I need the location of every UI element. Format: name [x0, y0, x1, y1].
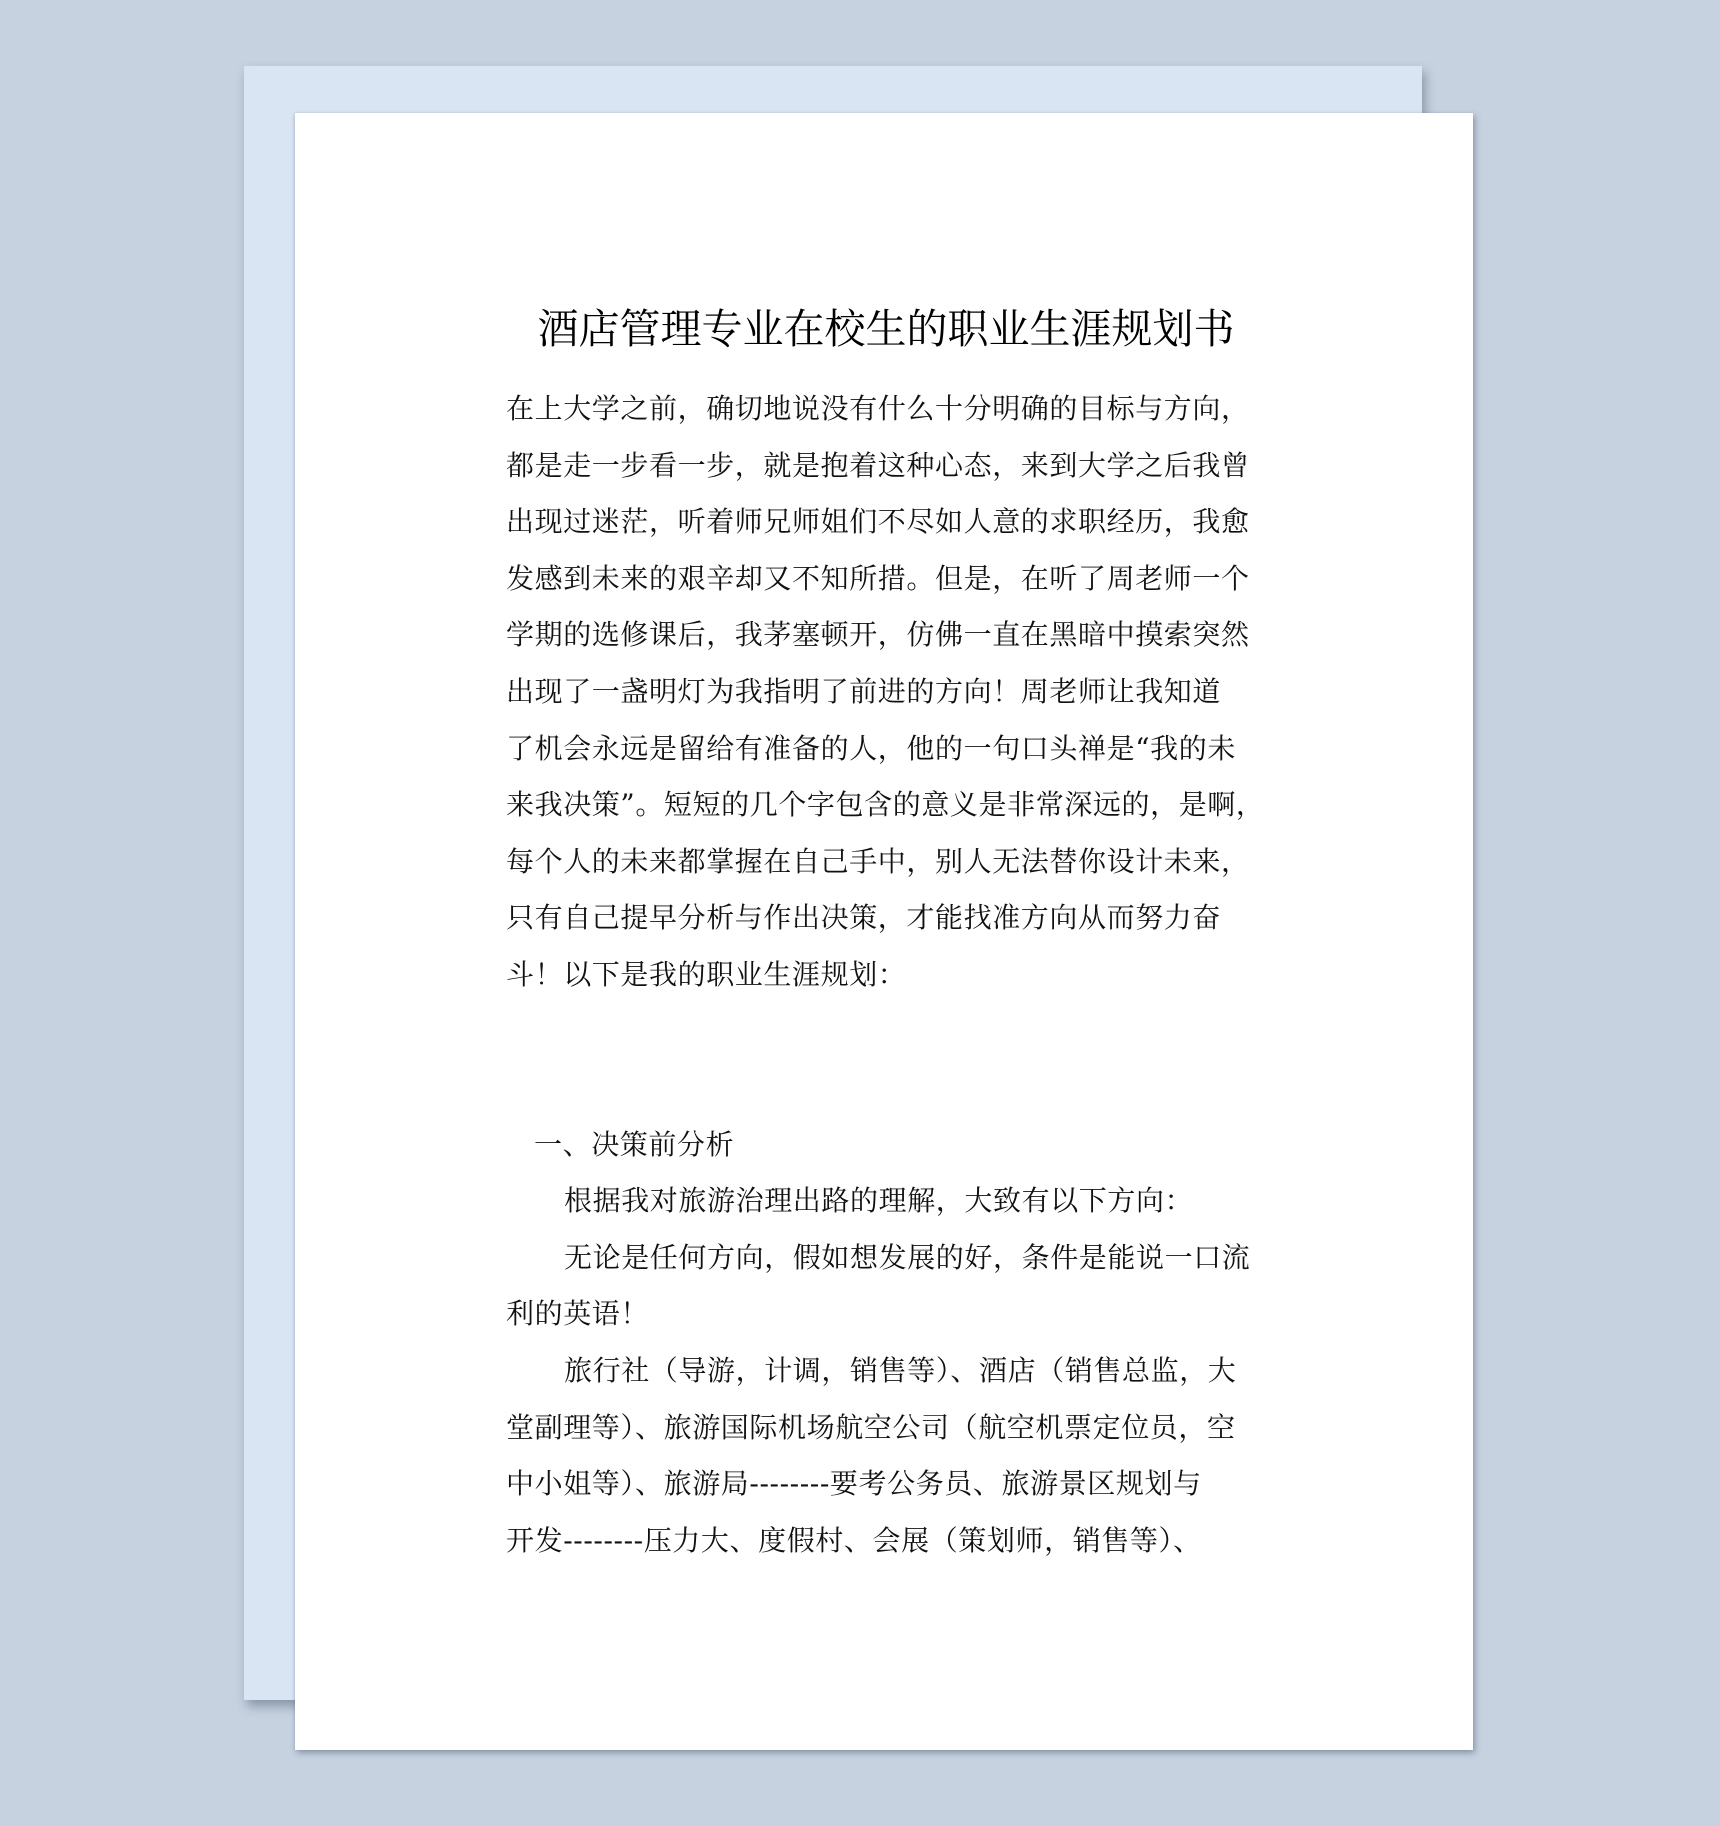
intro-line: 斗！以下是我的职业生涯规划：	[506, 947, 1266, 1004]
section-line: 无论是任何方向，假如想发展的好，条件是能说一口流	[506, 1230, 1266, 1287]
intro-line: 都是走一步看一步，就是抱着这种心态，来到大学之后我曾	[506, 438, 1266, 495]
front-page-sheet: 酒店管理专业在校生的职业生涯规划书 在上大学之前，确切地说没有什么十分明确的目标…	[295, 113, 1473, 1750]
intro-line: 发感到未来的艰辛却又不知所措。但是，在听了周老师一个	[506, 551, 1266, 608]
section-line: 堂副理等）、旅游国际机场航空公司（航空机票定位员，空	[506, 1400, 1266, 1457]
document-title: 酒店管理专业在校生的职业生涯规划书	[506, 303, 1266, 355]
section-line: 利的英语！	[506, 1286, 1266, 1343]
intro-line: 出现过迷茫，听着师兄师姐们不尽如人意的求职经历，我愈	[506, 494, 1266, 551]
section-heading: 一、决策前分析	[506, 1117, 1266, 1174]
intro-line: 了机会永远是留给有准备的人，他的一句口头禅是“我的未	[506, 721, 1266, 778]
intro-line: 每个人的未来都掌握在自己手中，别人无法替你设计未来，	[506, 834, 1266, 891]
section-line: 开发--------压力大、度假村、会展（策划师，销售等）、	[506, 1513, 1266, 1570]
intro-line: 学期的选修课后，我茅塞顿开，仿佛一直在黑暗中摸索突然	[506, 607, 1266, 664]
intro-line: 只有自己提早分析与作出决策，才能找准方向从而努力奋	[506, 890, 1266, 947]
document-body: 在上大学之前，确切地说没有什么十分明确的目标与方向， 都是走一步看一步，就是抱着…	[506, 381, 1266, 1569]
section-line: 旅行社（导游，计调，销售等）、酒店（销售总监，大	[506, 1343, 1266, 1400]
section-line: 根据我对旅游治理出路的理解，大致有以下方向：	[506, 1173, 1266, 1230]
paragraph-spacer	[506, 1004, 1266, 1117]
intro-line: 在上大学之前，确切地说没有什么十分明确的目标与方向，	[506, 381, 1266, 438]
intro-line: 出现了一盏明灯为我指明了前进的方向！周老师让我知道	[506, 664, 1266, 721]
intro-line: 来我决策”。短短的几个字包含的意义是非常深远的，是啊，	[506, 777, 1266, 834]
section-line: 中小姐等）、旅游局--------要考公务员、旅游景区规划与	[506, 1456, 1266, 1513]
